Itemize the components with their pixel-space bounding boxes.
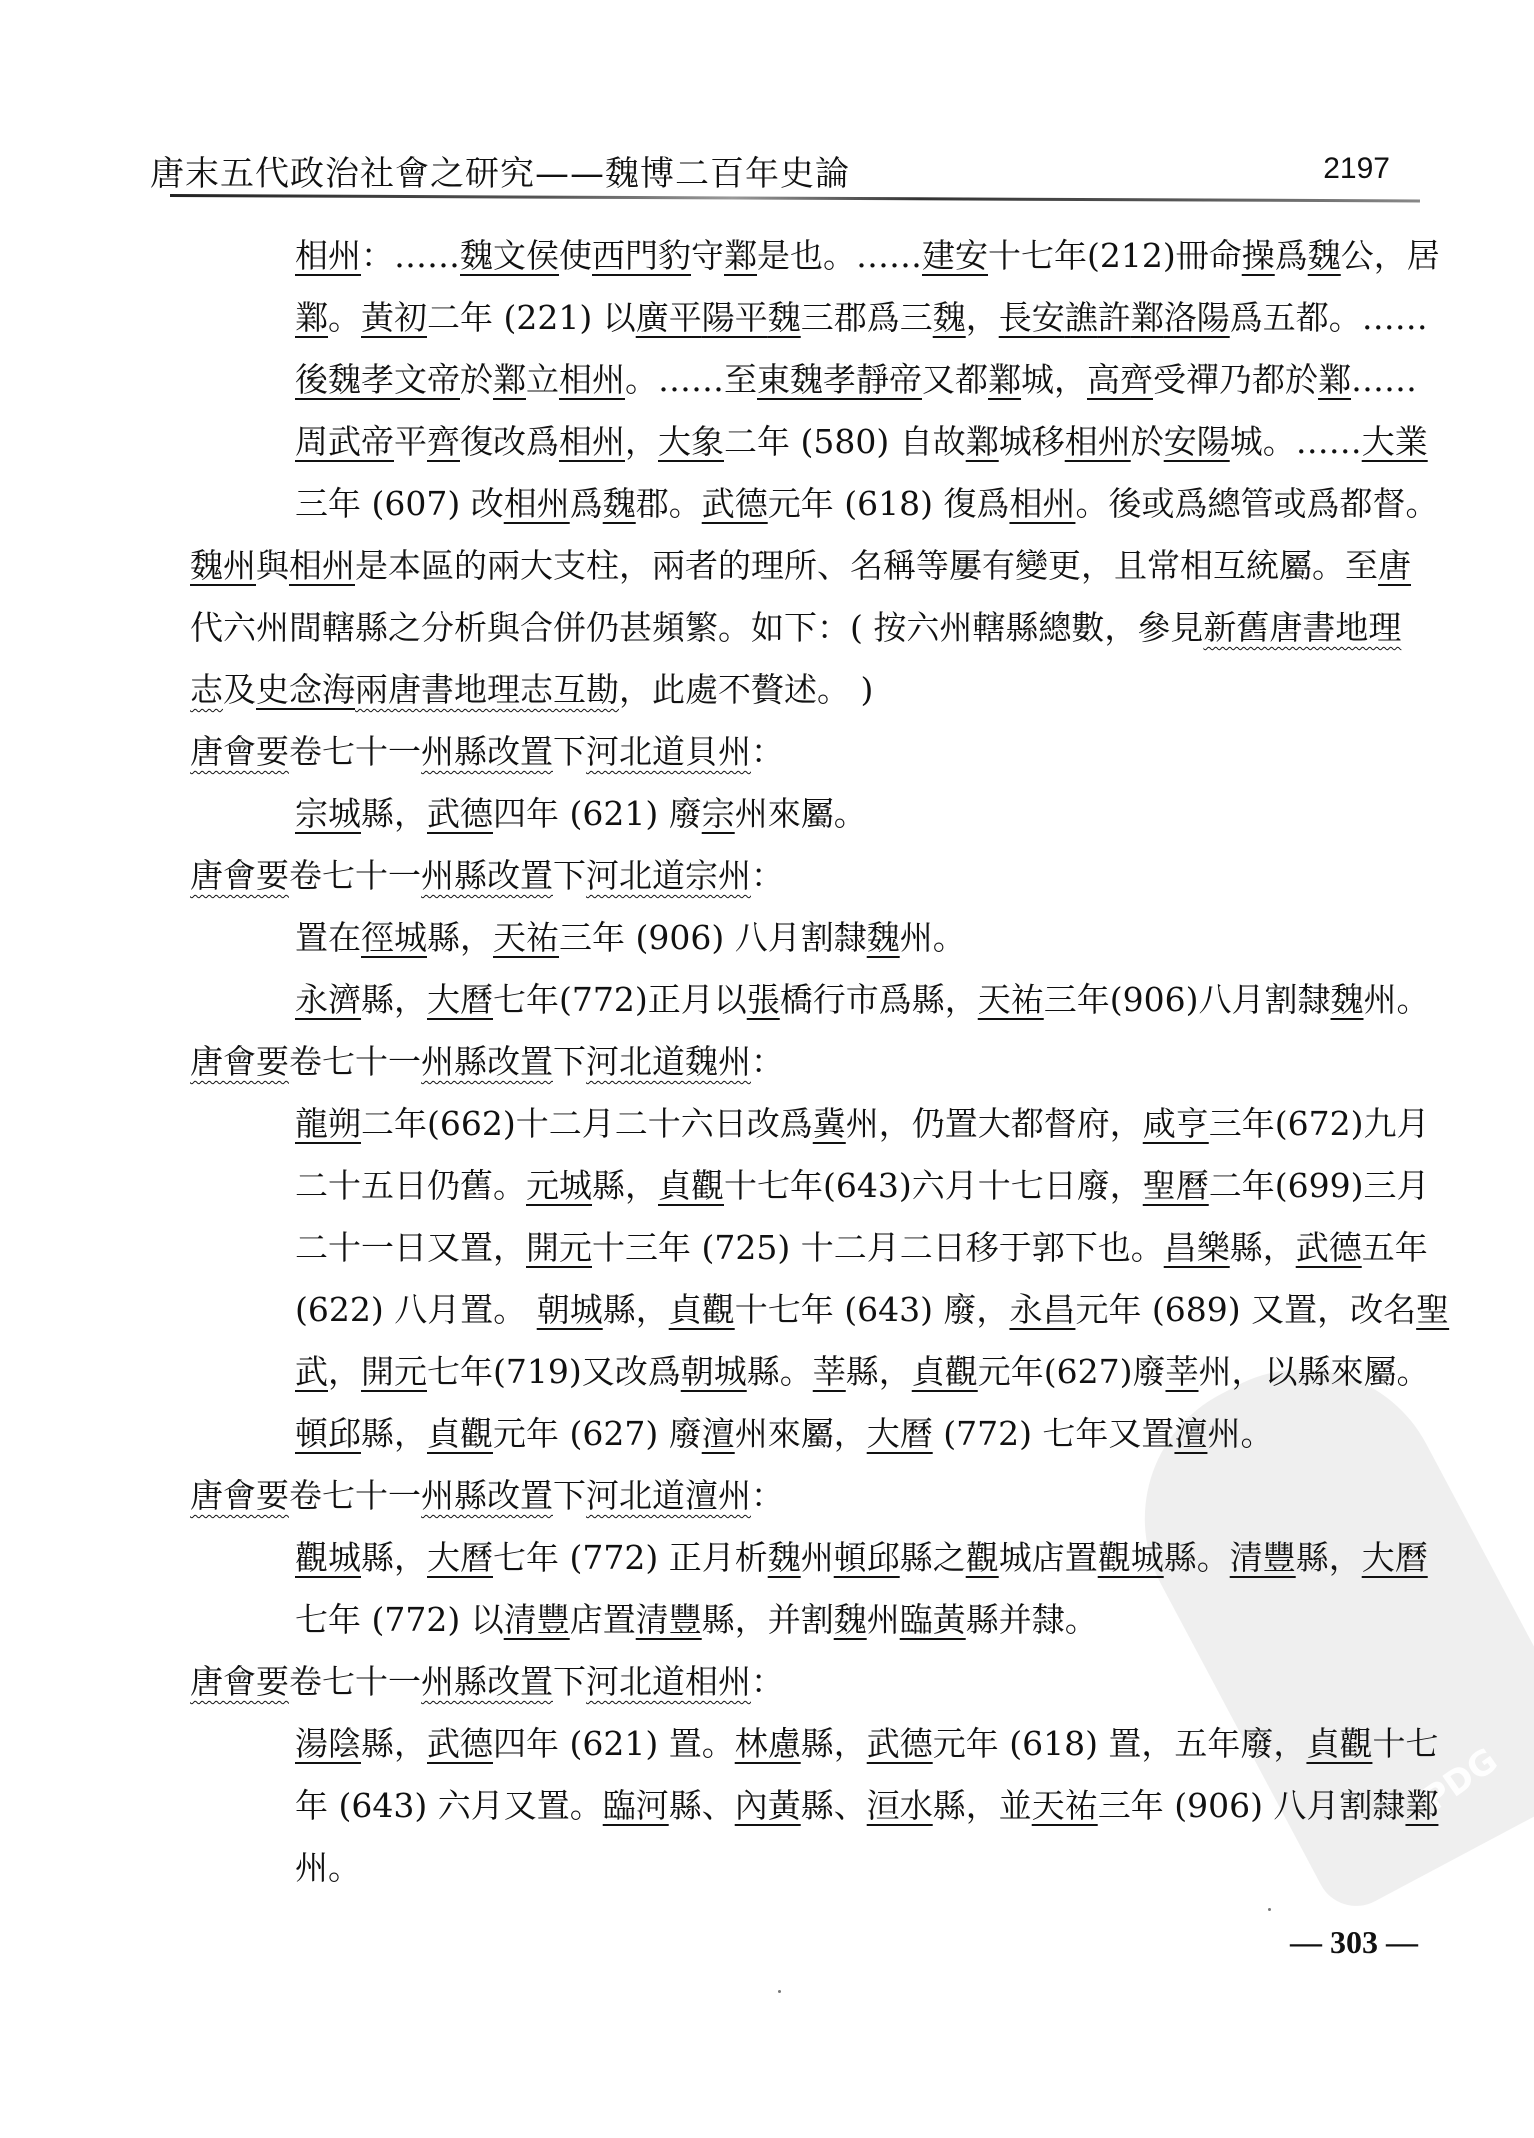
text-run: 七年 (772) 以 xyxy=(295,1600,504,1639)
text-run: 縣、 xyxy=(669,1786,735,1825)
proper-name: 清豐 xyxy=(504,1600,570,1639)
proper-name: 澶 xyxy=(1174,1414,1207,1453)
proper-name: 冀 xyxy=(813,1104,846,1143)
proper-name: 鄴 xyxy=(724,236,757,275)
proper-name: 魏 xyxy=(603,484,636,523)
text-run: 州來屬， xyxy=(735,1414,867,1453)
proper-name: 安陽 xyxy=(1164,422,1230,461)
text-line: 三年 (607) 改相州爲魏郡。武德元年 (618) 復爲相州。後或爲總管或爲都… xyxy=(190,473,1430,535)
text-run: 爲五都。…… xyxy=(1230,298,1428,337)
proper-name: 洛陽 xyxy=(1164,298,1230,337)
text-line: 二十一日又置，開元十三年 (725) 十二月二日移于郭下也。昌樂縣，武德五年 xyxy=(190,1217,1430,1279)
text-run: 置在 xyxy=(295,918,361,957)
text-line: 觀城縣，大曆七年 (772) 正月析魏州頓邱縣之觀城店置觀城縣。清豐縣，大曆 xyxy=(190,1527,1430,1589)
proper-name: 洹水 xyxy=(867,1786,933,1825)
text-line: 魏州與相州是本區的兩大支柱，兩者的理所、名稱等屢有變更，且常相互統屬。至唐 xyxy=(190,535,1430,597)
text-line: 周武帝平齊復改爲相州，大象二年 (580) 自故鄴城移相州於安陽城。……大業 xyxy=(190,411,1430,473)
text-line: 宗城縣，武德四年 (621) 廢宗州來屬。 xyxy=(190,783,1430,845)
text-run: 城， xyxy=(1021,360,1087,399)
text-run: 年 (643) 六月又置。 xyxy=(295,1786,603,1825)
proper-name: 昌樂 xyxy=(1164,1228,1230,1267)
book-title: 州縣改置 xyxy=(421,1662,553,1701)
book-title: 唐會要 xyxy=(190,732,289,771)
text-run: 縣， xyxy=(361,980,427,1019)
proper-name: 聖 xyxy=(1416,1290,1449,1329)
text-run: 三年(672)九月 xyxy=(1209,1104,1430,1143)
proper-name: 鄴 xyxy=(1318,360,1351,399)
proper-name: 魏文侯 xyxy=(460,236,559,275)
text-run: 三年(906)八月割隸 xyxy=(1044,980,1331,1019)
proper-name: 孝文帝 xyxy=(361,360,460,399)
proper-name: 貞觀 xyxy=(658,1166,724,1205)
proper-name: 陽平 xyxy=(702,298,768,337)
proper-name: 元城 xyxy=(526,1166,592,1205)
proper-name: 徑城 xyxy=(361,918,427,957)
proper-name: 魏 xyxy=(1308,236,1341,275)
proper-name: 武德 xyxy=(702,484,768,523)
text-line: 相州：……魏文侯使西門豹守鄴是也。……建安十七年(212)冊命操爲魏公，居 xyxy=(190,225,1430,287)
proper-name: 西門豹 xyxy=(592,236,691,275)
text-line: 二十五日仍舊。元城縣，貞觀十七年(643)六月十七日廢，聖曆二年(699)三月 xyxy=(190,1155,1430,1217)
proper-name: 唐 xyxy=(1378,546,1411,585)
text-run: 縣，並 xyxy=(933,1786,1032,1825)
text-line: 志及史念海兩唐書地理志互勘，此處不贅述。 ) xyxy=(190,659,1430,721)
proper-name: 魏 xyxy=(768,298,801,337)
proper-name: 大曆 xyxy=(1362,1538,1428,1577)
proper-name: 鄴 xyxy=(295,298,328,337)
book-title: 河北道魏州 xyxy=(586,1042,751,1081)
book-title: 州縣改置 xyxy=(421,1476,553,1515)
proper-name: 開元 xyxy=(361,1352,427,1391)
citation-heading: 唐會要卷七十一州縣改置下河北道貝州： xyxy=(190,721,1430,783)
text-line: 龍朔二年(662)十二月二十六日改爲冀州，仍置大都督府，咸亨三年(672)九月 xyxy=(190,1093,1430,1155)
text-run: 元年(627)廢 xyxy=(978,1352,1166,1391)
proper-name: 相州 xyxy=(504,484,570,523)
proper-name: 臨河 xyxy=(603,1786,669,1825)
proper-name: 大曆 xyxy=(427,1538,493,1577)
proper-name: 相州 xyxy=(289,546,355,585)
proper-name: 大曆 xyxy=(867,1414,933,1453)
text-run: 二年 (221) 以 xyxy=(427,298,636,337)
proper-name: 武 xyxy=(295,1352,328,1391)
text-run: 橋行市爲縣， xyxy=(780,980,978,1019)
header-rule-divider xyxy=(170,194,1420,202)
proper-name: 大象 xyxy=(658,422,724,461)
proper-name: 魏州 xyxy=(190,546,256,585)
proper-name: 朝城 xyxy=(681,1352,747,1391)
proper-name: 頓邱 xyxy=(834,1538,900,1577)
proper-name: 周 xyxy=(295,422,328,461)
text-run: 卷七十一 xyxy=(289,1476,421,1515)
scan-speck xyxy=(1268,1908,1271,1911)
page-number: — 303 — xyxy=(1290,1924,1418,1961)
proper-name: 鄴 xyxy=(988,360,1021,399)
text-run: 縣， xyxy=(361,1414,427,1453)
text-run: 又都 xyxy=(922,360,988,399)
text-run: 於 xyxy=(460,360,493,399)
proper-name: 貞觀 xyxy=(427,1414,493,1453)
text-run: 州。 xyxy=(1364,980,1430,1019)
text-run: 是也。…… xyxy=(757,236,922,275)
text-run: 縣， xyxy=(846,1352,912,1391)
book-title: 唐會要 xyxy=(190,1662,289,1701)
text-run: ： xyxy=(751,1662,784,1701)
proper-name: 永昌 xyxy=(1009,1290,1075,1329)
text-run: 二十五日仍舊。 xyxy=(295,1166,526,1205)
text-line: 頓邱縣，貞觀元年 (627) 廢澶州來屬，大曆 (772) 七年又置澶州。 xyxy=(190,1403,1430,1465)
proper-name: 相州 xyxy=(295,236,361,275)
text-run: 城。…… xyxy=(1230,422,1362,461)
text-run: 爲 xyxy=(570,484,603,523)
text-run: 下 xyxy=(553,1476,586,1515)
citation-heading: 唐會要卷七十一州縣改置下河北道澶州： xyxy=(190,1465,1430,1527)
text-line: 州。 xyxy=(190,1837,1430,1899)
text-run: 四年 (621) 置。 xyxy=(493,1724,735,1763)
text-run: 元年 (618) 置，五年廢， xyxy=(933,1724,1307,1763)
proper-name: 朝城 xyxy=(537,1290,603,1329)
proper-name: 臨黃 xyxy=(900,1600,966,1639)
text-run: 二十一日又置， xyxy=(295,1228,526,1267)
proper-name: 孝靜帝 xyxy=(823,360,922,399)
proper-name: 鄴 xyxy=(966,422,999,461)
text-run: 縣。 xyxy=(1164,1538,1230,1577)
text-run: 公，居 xyxy=(1341,236,1440,275)
text-run: 三年 (906) 八月割隸 xyxy=(1098,1786,1406,1825)
text-run: 代六州間轄縣之分析與合併仍甚頻繁。如下：( 按六州轄縣總數，參見 xyxy=(190,608,1203,647)
text-run: 卷七十一 xyxy=(289,732,421,771)
text-run: 受禪乃都於 xyxy=(1153,360,1318,399)
proper-name: 魏 xyxy=(1331,980,1364,1019)
text-run: 七年(772)正月以 xyxy=(493,980,747,1019)
proper-name: 永濟 xyxy=(295,980,361,1019)
proper-name: 觀 xyxy=(966,1538,999,1577)
text-run: 與 xyxy=(256,546,289,585)
book-title: 兩唐書地理志互勘 xyxy=(355,670,619,709)
text-run: 下 xyxy=(553,1042,586,1081)
text-run: 立 xyxy=(526,360,559,399)
proper-name: 相州 xyxy=(559,360,625,399)
text-run: 縣之 xyxy=(900,1538,966,1577)
citation-heading: 唐會要卷七十一州縣改置下河北道相州： xyxy=(190,1651,1430,1713)
proper-name: 貞觀 xyxy=(912,1352,978,1391)
text-run: 是本區的兩大支柱，兩者的理所、名稱等屢有變更，且常相互統屬。至 xyxy=(355,546,1378,585)
book-title: 河北道貝州 xyxy=(586,732,751,771)
proper-name: 莘 xyxy=(1166,1352,1199,1391)
text-run: 縣， xyxy=(361,1538,427,1577)
proper-name: 黃初 xyxy=(361,298,427,337)
proper-name: 莘 xyxy=(813,1352,846,1391)
text-run: 城店置 xyxy=(999,1538,1098,1577)
text-run: 州。 xyxy=(900,918,966,957)
text-run: 及 xyxy=(223,670,256,709)
proper-name: 澶 xyxy=(702,1414,735,1453)
text-run: 縣， xyxy=(592,1166,658,1205)
text-run: 十七年(212)冊命 xyxy=(988,236,1242,275)
proper-name: 長安 xyxy=(999,298,1065,337)
proper-name: 東魏 xyxy=(757,360,823,399)
proper-name: 武帝 xyxy=(328,422,394,461)
text-run: …… xyxy=(1351,360,1417,399)
text-run: 。 xyxy=(328,298,361,337)
text-run: ：…… xyxy=(361,236,460,275)
proper-name: 武德 xyxy=(427,1724,493,1763)
proper-name: 齊 xyxy=(427,422,460,461)
text-run: 於 xyxy=(1131,422,1164,461)
text-line: 七年 (772) 以清豐店置清豐縣，并割魏州臨黃縣并隸。 xyxy=(190,1589,1430,1651)
proper-name: 相州 xyxy=(559,422,625,461)
text-run: 州，仍置大都督府， xyxy=(846,1104,1143,1143)
proper-name: 湯陰 xyxy=(295,1724,361,1763)
proper-name: 天祐 xyxy=(493,918,559,957)
proper-name: 建安 xyxy=(922,236,988,275)
text-run: 州。 xyxy=(1207,1414,1273,1453)
proper-name: 魏 xyxy=(768,1538,801,1577)
text-run: 下 xyxy=(553,1662,586,1701)
proper-name: 武德 xyxy=(1296,1228,1362,1267)
text-run: 平 xyxy=(394,422,427,461)
text-run: ， xyxy=(625,422,658,461)
text-run: 縣， xyxy=(361,794,427,833)
text-run: 復改爲 xyxy=(460,422,559,461)
proper-name: 操 xyxy=(1242,236,1275,275)
text-run: 州。 xyxy=(295,1848,361,1887)
book-title: 州縣改置 xyxy=(421,1042,553,1081)
text-run: 店置 xyxy=(570,1600,636,1639)
text-run: 卷七十一 xyxy=(289,1042,421,1081)
text-run: 二年(662)十二月二十六日改爲 xyxy=(361,1104,813,1143)
text-run: 縣， xyxy=(1230,1228,1296,1267)
text-run: 州，以縣來屬。 xyxy=(1199,1352,1430,1391)
text-run: 元年 (689) 又置，改名 xyxy=(1075,1290,1416,1329)
text-run: 七年 (772) 正月析 xyxy=(493,1538,768,1577)
proper-name: 天祐 xyxy=(1032,1786,1098,1825)
proper-name: 後魏 xyxy=(295,360,361,399)
book-title: 唐會要 xyxy=(190,1476,289,1515)
text-run: ， xyxy=(328,1352,361,1391)
book-title: 河北道澶州 xyxy=(586,1476,751,1515)
document-page: 唐末五代政治社會之研究——魏博二百年史論 2197 PDG 相州：……魏文侯使西… xyxy=(0,0,1534,2138)
proper-name: 許 xyxy=(1098,298,1131,337)
text-run: 元年 (627) 廢 xyxy=(493,1414,702,1453)
text-run: 十七年 (643) 廢， xyxy=(735,1290,1010,1329)
proper-name: 貞觀 xyxy=(1306,1724,1372,1763)
text-line: 武，開元七年(719)又改爲朝城縣。莘縣，貞觀元年(627)廢莘州，以縣來屬。 xyxy=(190,1341,1430,1403)
proper-name: 譙 xyxy=(1065,298,1098,337)
proper-name: 開元 xyxy=(526,1228,592,1267)
proper-name: 魏 xyxy=(834,1600,867,1639)
book-title: 河北道宗州 xyxy=(586,856,751,895)
book-title: 志 xyxy=(190,670,223,709)
proper-name: 鄴 xyxy=(1131,298,1164,337)
text-run: 縣，并割 xyxy=(702,1600,834,1639)
proper-name: 武德 xyxy=(427,794,493,833)
proper-name: 鄴 xyxy=(493,360,526,399)
text-run: 卷七十一 xyxy=(289,1662,421,1701)
proper-name: 內黃 xyxy=(735,1786,801,1825)
text-run: 州 xyxy=(867,1600,900,1639)
proper-name: 相州 xyxy=(1009,484,1075,523)
citation-heading: 唐會要卷七十一州縣改置下河北道魏州： xyxy=(190,1031,1430,1093)
text-run: 二年 (580) 自故 xyxy=(724,422,966,461)
text-run: 縣并隸。 xyxy=(966,1600,1098,1639)
proper-name: 大業 xyxy=(1362,422,1428,461)
proper-name: 宗 xyxy=(702,794,735,833)
text-run: 縣， xyxy=(603,1290,669,1329)
text-line: 置在徑城縣，天祐三年 (906) 八月割隸魏州。 xyxy=(190,907,1430,969)
proper-name: 鄴 xyxy=(1405,1786,1438,1825)
text-run: 三年 (607) 改 xyxy=(295,484,504,523)
citation-heading: 唐會要卷七十一州縣改置下河北道宗州： xyxy=(190,845,1430,907)
proper-name: 觀城 xyxy=(1098,1538,1164,1577)
proper-name: 清豐 xyxy=(636,1600,702,1639)
text-run: 四年 (621) 廢 xyxy=(493,794,702,833)
text-run: (772) 七年又置 xyxy=(933,1414,1175,1453)
text-run: 。後或爲總管或爲都督。 xyxy=(1075,484,1438,523)
book-title: 唐會要 xyxy=(190,1042,289,1081)
text-run: ， xyxy=(966,298,999,337)
text-run: (622) 八月置。 xyxy=(295,1290,537,1329)
text-run: ，此處不贅述。 ) xyxy=(619,670,873,709)
text-run: 縣， xyxy=(427,918,493,957)
proper-name: 咸亨 xyxy=(1143,1104,1209,1143)
proper-name: 大曆 xyxy=(427,980,493,1019)
text-run: 縣， xyxy=(361,1724,427,1763)
text-line: 代六州間轄縣之分析與合併仍甚頻繁。如下：( 按六州轄縣總數，參見新舊唐書地理 xyxy=(190,597,1430,659)
proper-name: 史念海 xyxy=(256,670,355,709)
text-line: (622) 八月置。 朝城縣，貞觀十七年 (643) 廢，永昌元年 (689) … xyxy=(190,1279,1430,1341)
text-run: ： xyxy=(751,1476,784,1515)
text-run: 縣。 xyxy=(747,1352,813,1391)
text-run: 十七年(643)六月十七日廢， xyxy=(724,1166,1143,1205)
text-run: ： xyxy=(751,732,784,771)
book-title: 河北道相州 xyxy=(586,1662,751,1701)
text-run: 下 xyxy=(553,856,586,895)
proper-name: 魏 xyxy=(867,918,900,957)
text-line: 後魏孝文帝於鄴立相州。……至東魏孝靜帝又都鄴城，高齊受禪乃都於鄴…… xyxy=(190,349,1430,411)
book-title: 新舊唐書地理 xyxy=(1203,608,1401,647)
proper-name: 天祐 xyxy=(978,980,1044,1019)
proper-name: 張 xyxy=(747,980,780,1019)
proper-name: 林慮 xyxy=(735,1724,801,1763)
text-run: 下 xyxy=(553,732,586,771)
text-run: 十三年 (725) 十二月二日移于郭下也。 xyxy=(592,1228,1164,1267)
body-text: 相州：……魏文侯使西門豹守鄴是也。……建安十七年(212)冊命操爲魏公，居鄴。黃… xyxy=(190,225,1430,1899)
book-title: 唐會要 xyxy=(190,856,289,895)
text-run: 。……至 xyxy=(625,360,757,399)
text-run: 使 xyxy=(559,236,592,275)
text-run: 守 xyxy=(691,236,724,275)
proper-name: 武德 xyxy=(867,1724,933,1763)
text-line: 鄴。黃初二年 (221) 以廣平陽平魏三郡爲三魏，長安譙許鄴洛陽爲五都。…… xyxy=(190,287,1430,349)
text-line: 湯陰縣，武德四年 (621) 置。林慮縣，武德元年 (618) 置，五年廢，貞觀… xyxy=(190,1713,1430,1775)
text-run: 元年 (618) 復爲 xyxy=(768,484,1010,523)
text-line: 年 (643) 六月又置。臨河縣、內黃縣、洹水縣，並天祐三年 (906) 八月割… xyxy=(190,1775,1430,1837)
book-title: 州縣改置 xyxy=(421,732,553,771)
text-run: 五年 xyxy=(1362,1228,1428,1267)
text-run: 十七 xyxy=(1372,1724,1438,1763)
text-run: 縣， xyxy=(1296,1538,1362,1577)
text-run: 三郡爲三 xyxy=(801,298,933,337)
running-head: 唐末五代政治社會之研究——魏博二百年史論 2197 xyxy=(150,140,1390,190)
book-title: 州縣改置 xyxy=(421,856,553,895)
text-run: 二年(699)三月 xyxy=(1209,1166,1430,1205)
text-run: 州 xyxy=(801,1538,834,1577)
proper-name: 廣平 xyxy=(636,298,702,337)
text-run: 卷七十一 xyxy=(289,856,421,895)
text-run: 縣、 xyxy=(801,1786,867,1825)
proper-name: 相州 xyxy=(1065,422,1131,461)
proper-name: 高齊 xyxy=(1087,360,1153,399)
proper-name: 頓邱 xyxy=(295,1414,361,1453)
text-run: ： xyxy=(751,1042,784,1081)
text-run: 三年 (906) 八月割隸 xyxy=(559,918,867,957)
running-title: 唐末五代政治社會之研究——魏博二百年史論 xyxy=(150,146,850,195)
text-run: 州來屬。 xyxy=(735,794,867,833)
text-run: 郡。 xyxy=(636,484,702,523)
proper-name: 魏 xyxy=(933,298,966,337)
scan-speck xyxy=(778,1990,781,1993)
text-run: 爲 xyxy=(1275,236,1308,275)
proper-name: 貞觀 xyxy=(669,1290,735,1329)
proper-name: 觀城 xyxy=(295,1538,361,1577)
running-folio: 2197 xyxy=(1323,152,1390,186)
proper-name: 聖曆 xyxy=(1143,1166,1209,1205)
text-run: 七年(719)又改爲 xyxy=(427,1352,681,1391)
text-run: ： xyxy=(751,856,784,895)
text-run: 縣， xyxy=(801,1724,867,1763)
proper-name: 清豐 xyxy=(1230,1538,1296,1577)
proper-name: 宗城 xyxy=(295,794,361,833)
text-line: 永濟縣，大曆七年(772)正月以張橋行市爲縣，天祐三年(906)八月割隸魏州。 xyxy=(190,969,1430,1031)
proper-name: 龍朔 xyxy=(295,1104,361,1143)
text-run: 城移 xyxy=(999,422,1065,461)
